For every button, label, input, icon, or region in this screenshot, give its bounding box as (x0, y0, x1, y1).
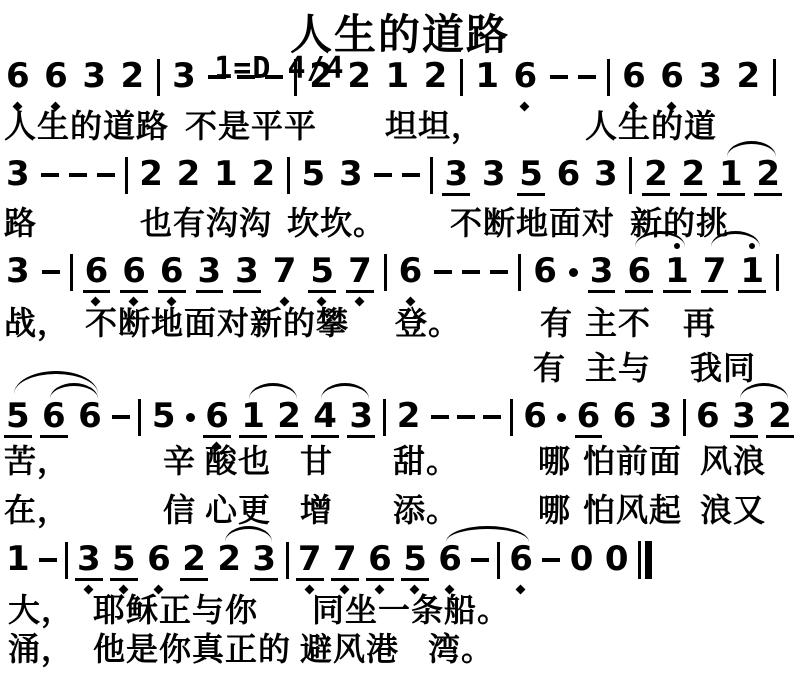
note: 6 (511, 58, 539, 94)
note: 1 (663, 253, 691, 293)
note: 7 (271, 253, 299, 289)
duration-dash (542, 558, 560, 562)
duration-dash (69, 173, 87, 177)
lyric-segment: 怕前面 (583, 436, 682, 482)
note-digit: 1 (473, 58, 501, 94)
duration-dash (97, 173, 115, 177)
note: 6 (625, 253, 653, 293)
lyric-segment: 涌， (8, 624, 74, 670)
lyric-line-8: 涌，他是你真正的避风港湾。 (0, 624, 800, 666)
lyric-segment: 不断地面对 (450, 198, 615, 244)
note: 3 (347, 398, 375, 438)
note-digit: 3 (730, 398, 758, 438)
note: 1 (384, 58, 412, 94)
note-digit: 5 (517, 156, 545, 196)
note: 2 (215, 541, 243, 577)
note-digit: 2 (307, 58, 335, 94)
note-digit: 3 (233, 253, 261, 293)
augmentation-dot (569, 268, 578, 277)
lyric-line-5: 苦，辛酸也甘甜。哪怕前面风浪 (0, 436, 800, 478)
note: 3 (647, 398, 675, 434)
note-digit: 3 (442, 156, 470, 196)
note: 7 (331, 541, 359, 581)
note-digit: 1 (738, 253, 766, 293)
duration-dash (457, 415, 475, 419)
note-digit: 6 (658, 58, 686, 94)
note: 3 (442, 156, 470, 196)
note: 6 (83, 253, 111, 293)
duration-dash (550, 75, 568, 79)
lyric-segment: 主不 (585, 298, 651, 344)
lyric-line-2: 路也有沟沟坎坎。不断地面对新的挑 (0, 198, 800, 240)
note-digit: 6 (625, 253, 653, 293)
note-digit: 6 (158, 253, 186, 293)
note: 3 (233, 253, 261, 293)
note-digit: 7 (271, 253, 299, 289)
lyric-segment: 登。 (395, 298, 461, 344)
lyric-segment: 甘 (300, 436, 333, 482)
note-digit: 6 (555, 156, 583, 192)
note: 5 (401, 541, 429, 581)
note: 2 (642, 156, 670, 196)
barline (157, 59, 160, 96)
note-digit: 6 (521, 398, 549, 434)
duration-dash (208, 75, 226, 79)
note: 2 (422, 58, 450, 94)
note: 6 (4, 58, 32, 94)
lyric-segment: 酸也 (205, 436, 271, 482)
barline (430, 157, 433, 194)
barline (776, 254, 779, 291)
note: 6 (575, 398, 603, 438)
lyric-segment: 新的挑 (630, 198, 729, 244)
note: 2 (395, 398, 423, 434)
note: 5 (150, 398, 178, 434)
note-digit: 5 (300, 156, 328, 192)
note-digit: 2 (642, 156, 670, 196)
note: 6 (694, 398, 722, 434)
note: 3 (250, 541, 278, 581)
note: 3 (337, 156, 365, 192)
note-digit: 1 (239, 398, 267, 438)
note-digit: 2 (735, 58, 763, 94)
note: 6 (507, 541, 535, 577)
barline (125, 157, 128, 194)
note: 3 (696, 58, 724, 94)
note-digit: 3 (170, 58, 198, 94)
note-digit: 6 (145, 541, 173, 577)
note-digit: 7 (296, 541, 324, 581)
sheet-music-page: 1=D4/4 人生的道路 663232212166632322125333563… (0, 0, 800, 678)
lyric-segment: 苦， (4, 436, 70, 482)
note-digit: 2 (754, 156, 782, 196)
note-digit: 3 (337, 156, 365, 192)
lyric-segment: 添。 (393, 485, 459, 531)
note-digit: 6 (575, 398, 603, 438)
note: 5 (110, 541, 138, 581)
note: 2 (249, 156, 277, 192)
note: 6 (658, 58, 686, 94)
barline (607, 59, 610, 96)
barline (286, 542, 289, 579)
lyric-segment: 浪又 (700, 485, 766, 531)
note: 2 (118, 58, 146, 94)
note: 6 (397, 253, 425, 289)
slur-arc (727, 141, 776, 157)
note-digit: 7 (331, 541, 359, 581)
note-digit: 6 (436, 541, 464, 577)
note: 3 (80, 58, 108, 94)
note-digit: 3 (588, 253, 616, 293)
note-digit: 5 (308, 253, 336, 293)
note-digit: 6 (531, 253, 559, 289)
note: 5 (300, 156, 328, 192)
note-digit: 3 (480, 156, 508, 192)
barline (629, 157, 632, 194)
note: 3 (588, 253, 616, 293)
duration-dash (434, 270, 452, 274)
note-digit: 2 (249, 156, 277, 192)
note-digit: 6 (40, 398, 68, 438)
lyric-segment: 湾。 (428, 624, 494, 670)
note-digit: 1 (663, 253, 691, 293)
note: 6 (42, 58, 70, 94)
note: 6 (521, 398, 549, 434)
note-digit: 2 (215, 541, 243, 577)
note: 2 (680, 156, 708, 196)
lyric-line-6: 在，信心更增添。哪怕风起浪又 (0, 485, 800, 527)
note: 2 (766, 398, 794, 438)
note-digit: 0 (568, 541, 596, 577)
note: 3 (4, 156, 32, 192)
note: 3 (730, 398, 758, 438)
barline (138, 399, 141, 436)
note: 7 (296, 541, 324, 581)
lyric-line-7: 大，耶稣正与你同坐一条船。 (0, 585, 800, 627)
barline (70, 254, 73, 291)
lyric-segment: 哪 (538, 485, 571, 531)
note-digit: 3 (592, 156, 620, 192)
lyric-line-3: 战，不断地面对新的攀登。有主不再 (0, 298, 800, 340)
lyric-segment: 增 (300, 485, 333, 531)
duration-dash (462, 270, 480, 274)
note-digit: 5 (110, 541, 138, 581)
lyric-segment: 辛 (163, 436, 196, 482)
note-digit: 3 (4, 156, 32, 192)
note-digit: 5 (4, 398, 32, 438)
note: 2 (275, 398, 303, 438)
barline (294, 59, 297, 96)
note: 6 (555, 156, 583, 192)
note-digit: 6 (203, 398, 231, 438)
duration-dash (402, 173, 420, 177)
barline (773, 59, 776, 96)
note: 7 (346, 253, 374, 293)
lyric-segment: 不断地面对新的攀 (85, 298, 349, 344)
duration-dash (265, 75, 283, 79)
rest-note: 0 (603, 541, 631, 577)
note: 7 (701, 253, 729, 293)
duration-dash (112, 415, 130, 419)
note-digit: 6 (4, 58, 32, 94)
note: 6 (531, 253, 559, 289)
duration-dash (578, 75, 596, 79)
note: 2 (137, 156, 165, 192)
note-digit: 1 (384, 58, 412, 94)
lyric-segment: 甜。 (393, 436, 459, 482)
note-digit: 6 (694, 398, 722, 434)
note-digit: 1 (717, 156, 745, 196)
note: 3 (480, 156, 508, 192)
lyric-segment: 坎坎。 (287, 198, 386, 244)
lyric-segment: 他是你真正的 (93, 624, 291, 670)
lyric-segment: 人生的道 (585, 101, 717, 147)
note-digit: 6 (507, 541, 535, 577)
note: 2 (754, 156, 782, 196)
note-digit: 5 (401, 541, 429, 581)
note: 5 (308, 253, 336, 293)
note-digit: 2 (422, 58, 450, 94)
note-digit: 0 (603, 541, 631, 577)
note: 1 (4, 541, 32, 577)
note-digit: 6 (611, 398, 639, 434)
note-digit: 3 (75, 541, 103, 581)
barline (497, 542, 500, 579)
note-digit: 3 (196, 253, 224, 293)
lyric-segment: 有 (533, 343, 566, 389)
note: 6 (620, 58, 648, 94)
lyric-line-1: 人生的道路不是平平坦坦，人生的道 (0, 101, 800, 143)
note-digit: 2 (395, 398, 423, 434)
note: 2 (735, 58, 763, 94)
final-barline (638, 541, 652, 579)
note: 1 (239, 398, 267, 438)
barline (287, 157, 290, 194)
duration-dash (41, 173, 59, 177)
note-digit: 2 (766, 398, 794, 438)
note: 6 (203, 398, 231, 438)
lyric-segment: 战， (4, 298, 70, 344)
note: 6 (436, 541, 464, 577)
lyric-segment: 再 (683, 298, 716, 344)
barline (518, 254, 521, 291)
barline (510, 399, 513, 436)
duration-dash (483, 415, 501, 419)
note: 2 (175, 156, 203, 192)
note-digit: 7 (346, 253, 374, 293)
duration-dash (42, 270, 60, 274)
lyric-segment: 主与 (585, 343, 651, 389)
note-digit: 2 (118, 58, 146, 94)
note: 6 (611, 398, 639, 434)
slur-arc (321, 383, 369, 399)
note-digit: 2 (180, 541, 208, 581)
note-digit: 2 (275, 398, 303, 438)
note-digit: 6 (366, 541, 394, 581)
augmentation-dot (557, 413, 566, 422)
lyric-line-4: 有主与我同 (0, 343, 800, 385)
note-digit: 1 (4, 541, 32, 577)
lyric-segment: 哪 (538, 436, 571, 482)
note-digit: 3 (647, 398, 675, 434)
song-title: 人生的道路 (290, 2, 510, 62)
note: 1 (717, 156, 745, 196)
barline (683, 399, 686, 436)
note-digit: 6 (42, 58, 70, 94)
note: 1 (738, 253, 766, 293)
barline (460, 59, 463, 96)
note: 6 (76, 398, 104, 434)
note-digit: 6 (83, 253, 111, 293)
note: 5 (4, 398, 32, 438)
duration-dash (490, 270, 508, 274)
note-digit: 3 (80, 58, 108, 94)
duration-dash (237, 75, 255, 79)
lyric-segment: 路 (4, 198, 37, 244)
note-digit: 3 (696, 58, 724, 94)
augmentation-dot (186, 413, 195, 422)
rest-note: 0 (568, 541, 596, 577)
lyric-segment: 有 (540, 298, 573, 344)
note-digit: 2 (680, 156, 708, 196)
note-digit: 6 (76, 398, 104, 434)
note: 4 (311, 398, 339, 438)
note: 3 (170, 58, 198, 94)
note-digit: 6 (120, 253, 148, 293)
lyric-segment: 我同 (690, 343, 756, 389)
barline (384, 254, 387, 291)
note-digit: 4 (311, 398, 339, 438)
note-digit: 3 (250, 541, 278, 581)
duration-dash (471, 558, 489, 562)
note: 2 (345, 58, 373, 94)
note: 1 (212, 156, 240, 192)
note-digit: 2 (345, 58, 373, 94)
note: 5 (517, 156, 545, 196)
note-digit: 6 (511, 58, 539, 94)
duration-dash (374, 173, 392, 177)
note-digit: 1 (212, 156, 240, 192)
lyric-segment: 人生的道路 (4, 101, 169, 147)
note-digit: 6 (620, 58, 648, 94)
note: 1 (473, 58, 501, 94)
note: 6 (120, 253, 148, 293)
duration-dash (39, 558, 57, 562)
lyric-segment: 信 (163, 485, 196, 531)
note-digit: 2 (175, 156, 203, 192)
lyric-segment: 怕风起 (583, 485, 682, 531)
note: 3 (196, 253, 224, 293)
lyric-segment: 在， (4, 485, 70, 531)
lyric-segment: 风浪 (700, 436, 766, 482)
note-digit: 7 (701, 253, 729, 293)
lyric-segment: 不是平平 (185, 101, 317, 147)
note-digit: 6 (397, 253, 425, 289)
note: 6 (366, 541, 394, 581)
note-digit: 3 (4, 253, 32, 289)
note: 2 (180, 541, 208, 581)
duration-dash (431, 415, 449, 419)
lyric-segment: 避风港 (300, 624, 399, 670)
lyric-segment: 心更 (205, 485, 271, 531)
note: 6 (145, 541, 173, 577)
note: 3 (592, 156, 620, 192)
lyric-segment: 坦坦， (385, 101, 484, 147)
note-digit: 5 (150, 398, 178, 434)
barline (65, 542, 68, 579)
note: 2 (307, 58, 335, 94)
note: 6 (158, 253, 186, 293)
note: 3 (75, 541, 103, 581)
barline (383, 399, 386, 436)
note-digit: 2 (137, 156, 165, 192)
note-digit: 3 (347, 398, 375, 438)
lyric-segment: 也有沟沟 (140, 198, 272, 244)
note: 3 (4, 253, 32, 289)
note: 6 (40, 398, 68, 438)
slur-arc (249, 383, 297, 399)
